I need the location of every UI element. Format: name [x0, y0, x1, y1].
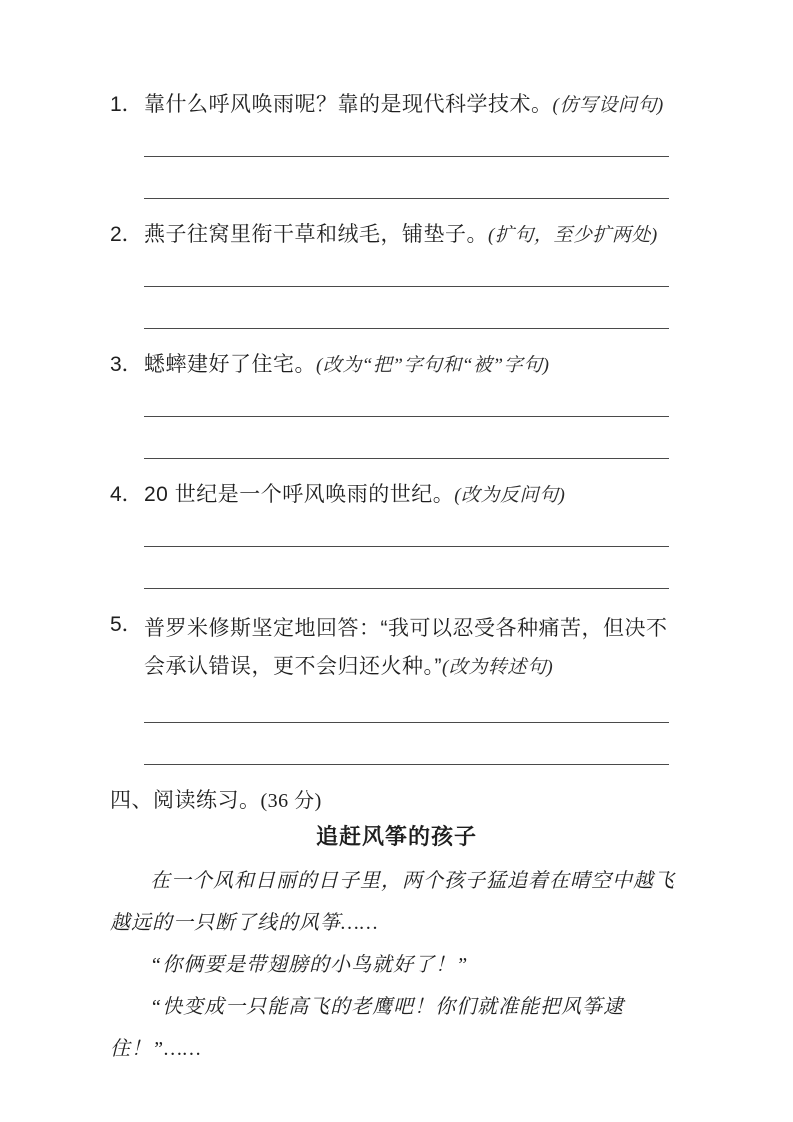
question-number: 5． [110, 610, 144, 765]
question-body: 20 世纪是一个呼风唤雨的世纪。(改为反问句) [144, 480, 683, 589]
section-heading: 四、阅读练习。(36 分) [110, 786, 683, 816]
worksheet-page: 1． 靠什么呼风唤雨呢？靠的是现代科学技术。(仿写设问句) 2． 燕子往窝里衔干… [0, 0, 793, 1070]
question-body: 燕子往窝里衔干草和绒毛，铺垫子。(扩句，至少扩两处) [144, 220, 683, 329]
reading-section: 四、阅读练习。(36 分) 追赶风筝的孩子 在一个风和日丽的日子里，两个孩子猛追… [110, 786, 683, 1070]
passage-title: 追赶风筝的孩子 [110, 822, 683, 852]
question-item-2: 2． 燕子往窝里衔干草和绒毛，铺垫子。(扩句，至少扩两处) [110, 220, 683, 329]
passage-paragraph: “你俩要是带翅膀的小鸟就好了！” [110, 944, 683, 986]
question-note: (仿写设问句) [553, 95, 664, 116]
answer-line [144, 511, 669, 547]
answer-line [144, 121, 669, 157]
section-score: (36 分) [261, 790, 322, 812]
question-text: 靠什么呼风唤雨呢？靠的是现代科学技术。(仿写设问句) [144, 90, 683, 121]
question-text: 20 世纪是一个呼风唤雨的世纪。(改为反问句) [144, 480, 683, 511]
question-sentence: 燕子往窝里衔干草和绒毛，铺垫子。 [144, 223, 488, 246]
passage-paragraph: “快变成一只能高飞的老鹰吧！你们就准能把风筝逮住！”…… [110, 986, 683, 1070]
question-note: (改为转述句) [442, 657, 553, 678]
question-number: 1． [110, 90, 144, 199]
answer-line [144, 723, 669, 765]
question-number: 4． [110, 480, 144, 589]
question-note: (改为“把”字句和“被”字句) [316, 355, 549, 376]
answer-line [144, 157, 669, 199]
question-text: 蟋蟀建好了住宅。(改为“把”字句和“被”字句) [144, 350, 683, 381]
question-text: 普罗米修斯坚定地回答：“我可以忍受各种痛苦，但决不会承认错误，更不会归还火种。”… [144, 610, 683, 687]
question-text: 燕子往窝里衔干草和绒毛，铺垫子。(扩句，至少扩两处) [144, 220, 683, 251]
question-body: 蟋蟀建好了住宅。(改为“把”字句和“被”字句) [144, 350, 683, 459]
answer-line [144, 381, 669, 417]
question-sentence: 普罗米修斯坚定地回答：“我可以忍受各种痛苦，但决不会承认错误，更不会归还火种。” [144, 617, 668, 678]
question-sentence: 20 世纪是一个呼风唤雨的世纪。 [144, 483, 454, 506]
question-number: 3． [110, 350, 144, 459]
question-sentence: 蟋蟀建好了住宅。 [144, 353, 316, 376]
question-body: 靠什么呼风唤雨呢？靠的是现代科学技术。(仿写设问句) [144, 90, 683, 199]
answer-line [144, 687, 669, 723]
question-note: (扩句，至少扩两处) [488, 225, 658, 246]
question-item-1: 1． 靠什么呼风唤雨呢？靠的是现代科学技术。(仿写设问句) [110, 90, 683, 199]
answer-line [144, 251, 669, 287]
question-item-4: 4． 20 世纪是一个呼风唤雨的世纪。(改为反问句) [110, 480, 683, 589]
question-sentence: 靠什么呼风唤雨呢？靠的是现代科学技术。 [144, 93, 553, 116]
answer-line [144, 417, 669, 459]
question-item-3: 3． 蟋蟀建好了住宅。(改为“把”字句和“被”字句) [110, 350, 683, 459]
question-number: 2． [110, 220, 144, 329]
passage: 在一个风和日丽的日子里，两个孩子猛追着在晴空中越飞越远的一只断了线的风筝…… “… [110, 860, 683, 1070]
passage-paragraph: 在一个风和日丽的日子里，两个孩子猛追着在晴空中越飞越远的一只断了线的风筝…… [110, 860, 683, 944]
question-note: (改为反问句) [454, 485, 565, 506]
question-body: 普罗米修斯坚定地回答：“我可以忍受各种痛苦，但决不会承认错误，更不会归还火种。”… [144, 610, 683, 765]
answer-line [144, 287, 669, 329]
answer-line [144, 547, 669, 589]
section-heading-label: 四、阅读练习。 [110, 789, 261, 812]
question-item-5: 5． 普罗米修斯坚定地回答：“我可以忍受各种痛苦，但决不会承认错误，更不会归还火… [110, 610, 683, 765]
